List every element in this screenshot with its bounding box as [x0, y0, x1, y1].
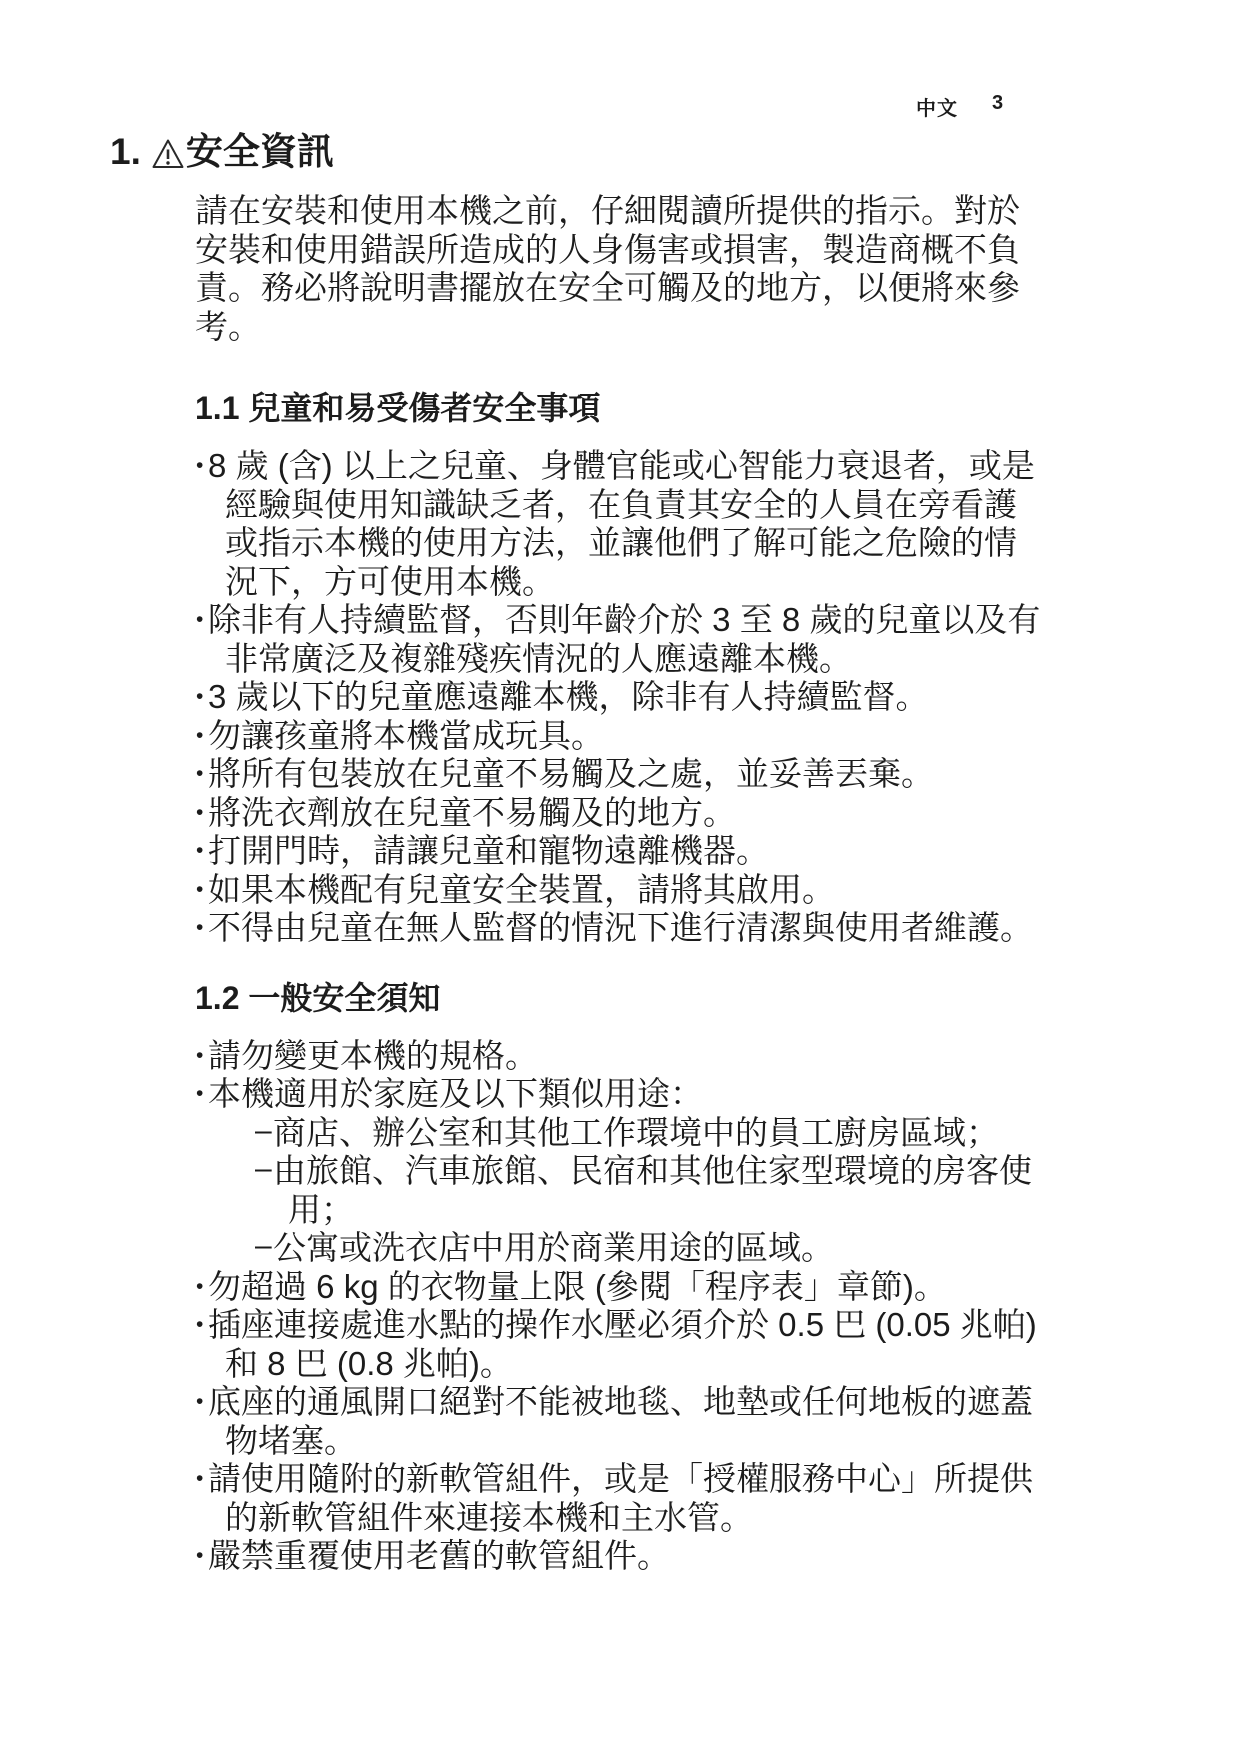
- bullet-item: 不得由兒童在無人監督的情況下進行清潔與使用者維護。: [195, 909, 1045, 948]
- content-column: 請在安裝和使用本機之前，仔細閱讀所提供的指示。對於安裝和使用錯誤所造成的人身傷害…: [195, 192, 1045, 1576]
- bullet-item: 嚴禁重覆使用老舊的軟管組件。: [195, 1537, 1045, 1576]
- bullet-item: 底座的通風開口絕對不能被地毯、地墊或任何地板的遮蓋物堵塞。: [195, 1383, 1045, 1460]
- bullet-item: 本機適用於家庭及以下類似用途： 商店、辦公室和其他工作環境中的員工廚房區域； 由…: [195, 1075, 1045, 1268]
- section-number: 1.: [110, 131, 141, 173]
- bullet-item: 請使用隨附的新軟管組件，或是「授權服務中心」所提供的新軟管組件來連接本機和主水管…: [195, 1460, 1045, 1537]
- bullet-item: 插座連接處進水點的操作水壓必須介於 0.5 巴 (0.05 兆帕) 和 8 巴 …: [195, 1306, 1045, 1383]
- bullet-item: 打開門時，請讓兒童和寵物遠離機器。: [195, 832, 1045, 871]
- warning-triangle-icon: [151, 137, 185, 169]
- subsection-heading-1-1: 1.1 兒童和易受傷者安全事項: [195, 388, 1045, 428]
- manual-page: 中文 3 1. 安全資訊 請在安裝和使用本機之前，仔細閱讀所提供的指示。對於安裝…: [0, 0, 1241, 1754]
- bullet-item-text: 本機適用於家庭及以下類似用途：: [208, 1075, 703, 1112]
- subsection-heading-1-2: 1.2 一般安全須知: [195, 978, 1045, 1018]
- page-title: 1. 安全資訊: [0, 0, 1241, 173]
- bullet-item: 勿讓孩童將本機當成玩具。: [195, 717, 1045, 756]
- bullet-item: 除非有人持續監督，否則年齡介於 3 至 8 歲的兒童以及有非常廣泛及複雜殘疾情況…: [195, 601, 1045, 678]
- bullet-item: 將洗衣劑放在兒童不易觸及的地方。: [195, 794, 1045, 833]
- header-language-label: 中文: [916, 92, 958, 121]
- intro-paragraph: 請在安裝和使用本機之前，仔細閱讀所提供的指示。對於安裝和使用錯誤所造成的人身傷害…: [195, 192, 1045, 346]
- bullet-item: 如果本機配有兒童安全裝置，請將其啟用。: [195, 871, 1045, 910]
- bullet-item: 3 歲以下的兒童應遠離本機，除非有人持續監督。: [195, 678, 1045, 717]
- safety-bullet-list-1-1: 8 歲 (含) 以上之兒童、身體官能或心智能力衰退者，或是經驗與使用知識缺乏者，…: [195, 447, 1045, 948]
- sub-bullet-list: 商店、辦公室和其他工作環境中的員工廚房區域； 由旅館、汽車旅館、民宿和其他住家型…: [255, 1114, 1045, 1268]
- sub-bullet-item: 由旅館、汽車旅館、民宿和其他住家型環境的房客使用；: [255, 1152, 1045, 1229]
- safety-bullet-list-1-2: 請勿變更本機的規格。 本機適用於家庭及以下類似用途： 商店、辦公室和其他工作環境…: [195, 1037, 1045, 1576]
- sub-bullet-item: 商店、辦公室和其他工作環境中的員工廚房區域；: [255, 1114, 1045, 1153]
- bullet-item: 8 歲 (含) 以上之兒童、身體官能或心智能力衰退者，或是經驗與使用知識缺乏者，…: [195, 447, 1045, 601]
- section-title-text: 安全資訊: [186, 131, 334, 173]
- sub-bullet-item: 公寓或洗衣店中用於商業用途的區域。: [255, 1229, 1045, 1268]
- bullet-item: 勿超過 6 kg 的衣物量上限 (參閱「程序表」章節)。: [195, 1268, 1045, 1307]
- header-page-number: 3: [992, 92, 1003, 115]
- bullet-item: 將所有包裝放在兒童不易觸及之處，並妥善丟棄。: [195, 755, 1045, 794]
- bullet-item: 請勿變更本機的規格。: [195, 1037, 1045, 1076]
